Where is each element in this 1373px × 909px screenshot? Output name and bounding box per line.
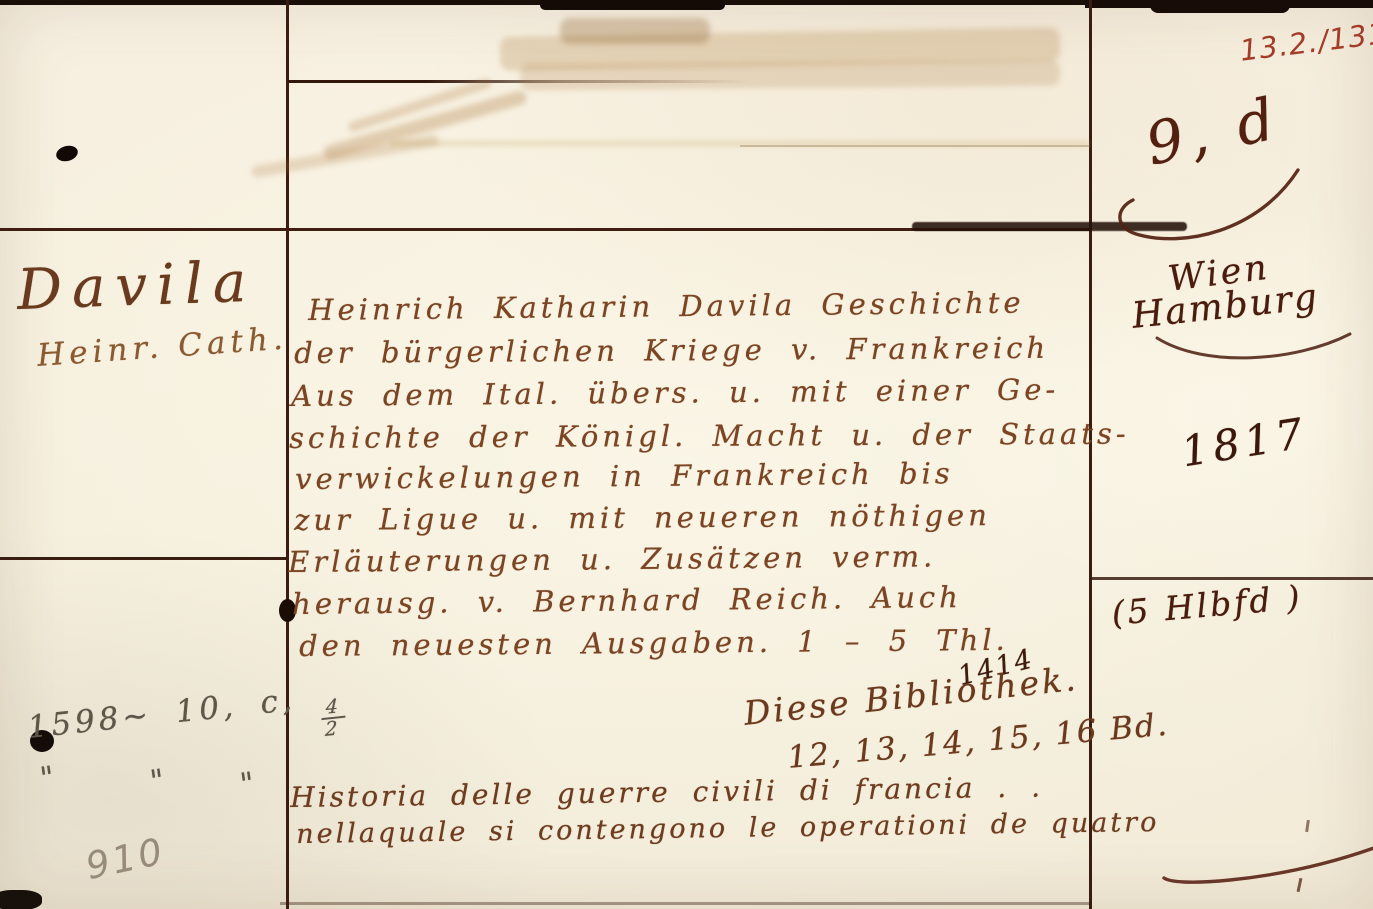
- old-shelfmark-prefix: 1598~ 10, c,: [26, 682, 297, 746]
- ghost-ink-smudge: [520, 60, 1060, 91]
- top-edge-shadow: [1150, 0, 1290, 13]
- entry-line-3: Aus dem Ital. übers. u. mit einer Ge-: [291, 372, 1059, 413]
- shelf-location-flourish: [1098, 140, 1328, 250]
- ink-blob: [0, 890, 42, 909]
- ditto-mark: ": [148, 763, 167, 800]
- old-shelfmark-fraction: 4 2: [321, 695, 347, 739]
- vertical-rule-right: [1089, 0, 1092, 909]
- ditto-mark: ": [238, 766, 257, 803]
- ref-number: 13.2./131: [1238, 16, 1373, 68]
- horizontal-rule-left-cell: [0, 557, 287, 560]
- horizontal-rule-faint: [740, 145, 1090, 147]
- old-shelfmark: 1598~ 10, c, 4 2: [26, 677, 348, 770]
- horizontal-rule-right-cell: [1089, 577, 1373, 580]
- original-title-line-2: nellaquale si contengono le operationi d…: [296, 807, 1160, 850]
- binding-note: (5 Hlbfd ): [1110, 577, 1304, 633]
- top-edge-shadow: [540, 0, 725, 10]
- entry-line-8: herausg. v. Bernhard Reich. Auch: [292, 580, 962, 621]
- horizontal-rule-bottom: [280, 902, 1090, 905]
- pencil-number: 910: [82, 829, 169, 888]
- entry-line-7: Erläuterungen u. Zusätzen verm.: [288, 539, 936, 579]
- entry-line-1: Heinrich Katharin Davila Geschichte: [308, 285, 1025, 327]
- author-heading: Davila: [16, 250, 257, 323]
- stray-ink-tick: [1305, 820, 1310, 832]
- place-line-2: Hamburg: [1130, 276, 1321, 336]
- entry-line-4: schichte der Königl. Macht u. der Staats…: [289, 417, 1130, 455]
- original-title-line-1: Historia delle guerre civili di francia …: [290, 770, 1043, 814]
- publication-year: 1817: [1178, 408, 1311, 476]
- catalog-card: 13.2./131 9, d Davila Heinr. Cath. Heinr…: [0, 0, 1373, 909]
- entry-line-9: den neuesten Ausgaben. 1 – 5 Thl.: [299, 623, 1009, 663]
- flourish-curve: [1150, 838, 1373, 888]
- author-forenames: Heinr. Cath.: [36, 321, 289, 374]
- entry-line-6: zur Ligue u. mit neueren nöthigen: [294, 498, 991, 537]
- ghost-ink-smudge: [560, 18, 710, 44]
- entry-line-2: der bürgerlichen Kriege v. Frankreich: [294, 331, 1049, 370]
- entry-line-5: verwickelungen in Frankreich bis: [295, 456, 954, 496]
- ink-dot: [54, 143, 79, 163]
- place-underline-flourish: [1145, 330, 1360, 372]
